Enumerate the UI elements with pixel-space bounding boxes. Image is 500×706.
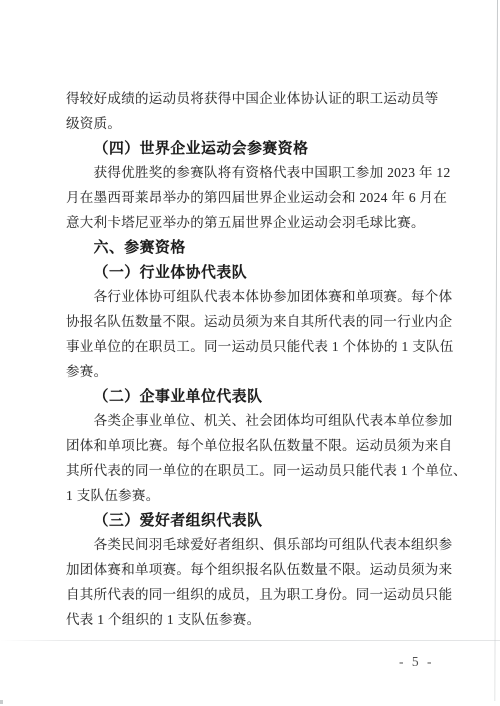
- text-line: 加团体赛和单项赛。每个组织报名队伍数量不限。运动员须为来: [66, 558, 440, 583]
- scan-artifact-bottom-line: [0, 640, 500, 641]
- text-line: 级资质。: [66, 112, 440, 137]
- section-heading: （四）世界企业运动会参赛资格: [66, 137, 440, 162]
- text-line: 1 支队伍参赛。: [66, 484, 440, 509]
- text-line: 各类民间羽毛球爱好者组织、俱乐部均可组队代表本组织参: [66, 533, 440, 558]
- text-line: 获得优胜奖的参赛队将有资格代表中国职工参加 2023 年 12: [66, 161, 440, 186]
- text-line: 各行业体协可组队代表本体协参加团体赛和单项赛。每个体: [66, 285, 440, 310]
- document-page: 得较好成绩的运动员将获得中国企业体协认证的职工运动员等级资质。（四）世界企业运动…: [0, 0, 500, 706]
- text-line: 月在墨西哥莱昂举办的第四届世界企业运动会和 2024 年 6 月在: [66, 186, 440, 211]
- text-line: 代表 1 个组织的 1 支队伍参赛。: [66, 608, 440, 633]
- text-line: 得较好成绩的运动员将获得中国企业体协认证的职工运动员等: [66, 87, 440, 112]
- text-line: 团体和单项比赛。每个单位报名队伍数量不限。运动员须为来自: [66, 434, 440, 459]
- text-line: 自其所代表的同一组织的成员，且为职工身份。同一运动员只能: [66, 583, 440, 608]
- text-line: 意大利卡塔尼亚举办的第五届世界企业运动会羽毛球比赛。: [66, 211, 440, 236]
- section-heading: （二）企事业单位代表队: [66, 385, 440, 410]
- scan-artifact-right-edge-line: [494, 0, 498, 701]
- text-line: 各类企事业单位、机关、社会团体均可组队代表本单位参加: [66, 409, 440, 434]
- text-line: 事业单位的在职员工。同一运动员只能代表 1 个体协的 1 支队伍: [66, 335, 440, 360]
- section-heading: （一）行业体协代表队: [66, 261, 440, 286]
- text-line: 其所代表的同一单位的在职员工。同一运动员只能代表 1 个单位、: [66, 459, 440, 484]
- text-block: 得较好成绩的运动员将获得中国企业体协认证的职工运动员等级资质。（四）世界企业运动…: [66, 87, 440, 633]
- section-heading: （三）爱好者组织代表队: [66, 509, 440, 534]
- section-heading: 六、参赛资格: [66, 236, 440, 261]
- page-number: - 5 -: [399, 654, 434, 670]
- scan-artifact-corner-speck: [0, 700, 3, 704]
- text-line: 参赛。: [66, 360, 440, 385]
- text-line: 协报名队伍数量不限。运动员须为来自其所代表的同一行业内企: [66, 310, 440, 335]
